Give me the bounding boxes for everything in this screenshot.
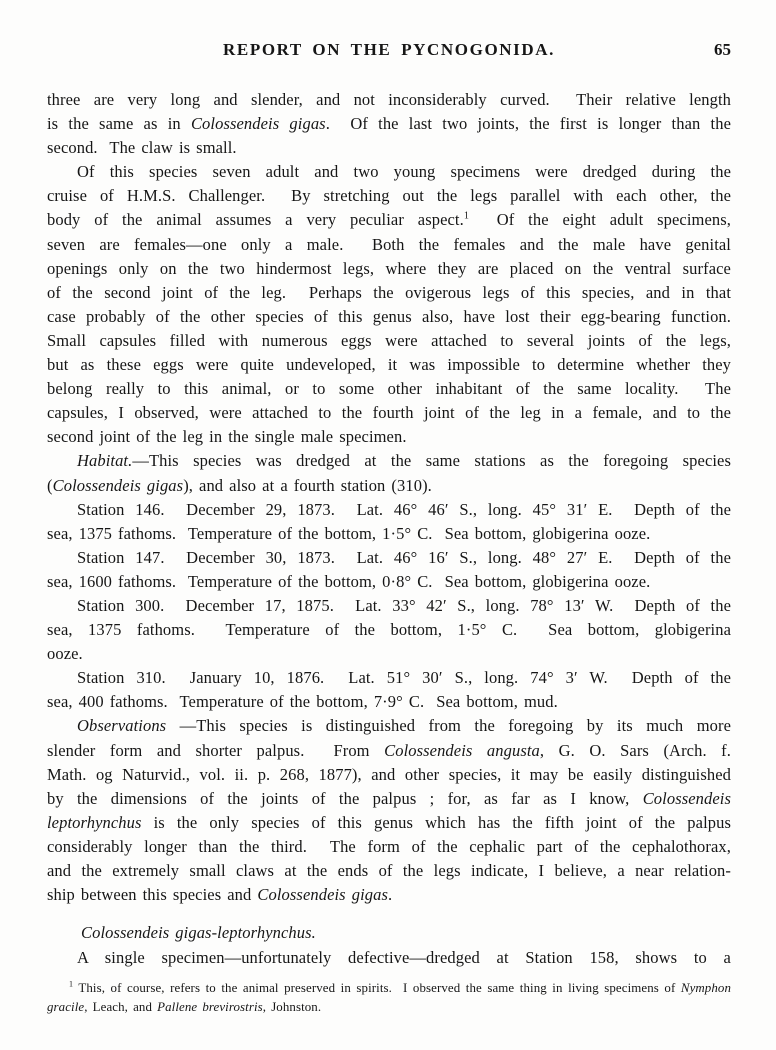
paragraph-station-147: Station 147. December 30, 1873. Lat. 46°… bbox=[47, 546, 731, 594]
paragraph-habitat: Habitat.—This species was dredged at the… bbox=[47, 449, 731, 497]
text-run: of the second joint of the leg. Perhaps … bbox=[47, 283, 731, 302]
paragraph-station-146: Station 146. December 29, 1873. Lat. 46°… bbox=[47, 498, 731, 546]
text-line: ooze. bbox=[47, 642, 731, 666]
text-run: second joint of the leg in the single ma… bbox=[47, 427, 407, 446]
text-line: Station 146. December 29, 1873. Lat. 46°… bbox=[47, 498, 731, 522]
italic-run: Colossendeis gigas-leptorhynchus. bbox=[81, 923, 316, 942]
running-head-title: REPORT ON THE PYCNOGONIDA. bbox=[47, 40, 731, 60]
italic-run: Colossendeis bbox=[643, 789, 731, 808]
text-run: by the dimensions of the joints of the p… bbox=[47, 789, 643, 808]
text-line: Colossendeis gigas-leptorhynchus. bbox=[81, 921, 731, 945]
text-line: but as these eggs were quite undeveloped… bbox=[47, 353, 731, 377]
text-run: —This species is distinguished from the … bbox=[180, 716, 731, 735]
text-line: second joint of the leg in the single ma… bbox=[47, 425, 731, 449]
paragraph-continuation: three are very long and slender, and not… bbox=[47, 88, 731, 160]
text-run: openings only on the two hindermost legs… bbox=[47, 259, 731, 278]
text-line: and the extremely small claws at the end… bbox=[47, 859, 731, 883]
text-run: Station 147. December 30, 1873. Lat. 46°… bbox=[77, 548, 731, 567]
text-line: A single specimen—unfortunately defectiv… bbox=[47, 946, 731, 970]
paragraph-single-specimen: A single specimen—unfortunately defectiv… bbox=[47, 946, 731, 970]
text-line: is the same as in Colossendeis gigas. Of… bbox=[47, 112, 731, 136]
text-line: (Colossendeis gigas), and also at a four… bbox=[47, 474, 731, 498]
text-line: Of this species seven adult and two youn… bbox=[47, 160, 731, 184]
italic-run: Colossendeis angusta bbox=[384, 741, 540, 760]
text-run: second. The claw is small. bbox=[47, 138, 237, 157]
text-line: case probably of the other species of th… bbox=[47, 305, 731, 329]
page-number: 65 bbox=[714, 40, 731, 60]
text-line: leptorhynchus is the only species of thi… bbox=[47, 811, 731, 835]
text-run: sea, 400 fathoms. Temperature of the bot… bbox=[47, 692, 558, 711]
text-run: Station 310. January 10, 1876. Lat. 51° … bbox=[77, 668, 731, 687]
paragraph-observations: Observations —This species is distinguis… bbox=[47, 714, 731, 907]
text-run: and the extremely small claws at the end… bbox=[47, 861, 731, 880]
text-run: sea, 1375 fathoms. Temperature of the bo… bbox=[47, 620, 731, 639]
text-run: , Leach, and bbox=[84, 1000, 157, 1014]
text-run: case probably of the other species of th… bbox=[47, 307, 731, 326]
text-line: by the dimensions of the joints of the p… bbox=[47, 787, 731, 811]
text-line: sea, 1600 fathoms. Temperature of the bo… bbox=[47, 570, 731, 594]
text-run: sea, 1600 fathoms. Temperature of the bo… bbox=[47, 572, 650, 591]
text-run: Small capsules filled with numerous eggs… bbox=[47, 331, 731, 350]
paragraph-station-300: Station 300. December 17, 1875. Lat. 33°… bbox=[47, 594, 731, 666]
italic-run: Colossendeis gigas bbox=[257, 885, 388, 904]
text-line: sea, 400 fathoms. Temperature of the bot… bbox=[47, 690, 731, 714]
footnote: 1 This, of course, refers to the animal … bbox=[47, 979, 731, 1017]
text-line: openings only on the two hindermost legs… bbox=[47, 257, 731, 281]
text-line: capsules, I observed, were attached to t… bbox=[47, 401, 731, 425]
text-run: considerably longer than the third. The … bbox=[47, 837, 731, 856]
text-run: A single specimen—unfortunately defectiv… bbox=[77, 948, 731, 967]
italic-run: Pallene brevirostris bbox=[157, 1000, 263, 1014]
text-run: —This species was dredged at the same st… bbox=[132, 451, 731, 470]
text-line: seven are females—one only a male. Both … bbox=[47, 233, 731, 257]
text-line: ship between this species and Colossende… bbox=[47, 883, 731, 907]
text-line: sea, 1375 fathoms. Temperature of the bo… bbox=[47, 618, 731, 642]
text-run: Station 146. December 29, 1873. Lat. 46°… bbox=[77, 500, 731, 519]
text-line: gracile, Leach, and Pallene brevirostris… bbox=[47, 998, 731, 1017]
text-run: is the same as in bbox=[47, 114, 191, 133]
text-run: seven are females—one only a male. Both … bbox=[47, 235, 731, 254]
text-run: . Of the last two joints, the first is l… bbox=[326, 114, 731, 133]
paragraph-station-310: Station 310. January 10, 1876. Lat. 51° … bbox=[47, 666, 731, 714]
text-run: Of the eight adult specimens, bbox=[469, 210, 731, 229]
text-line: Habitat.—This species was dredged at the… bbox=[47, 449, 731, 473]
text-run: body of the animal assumes a very peculi… bbox=[47, 210, 464, 229]
text-line: three are very long and slender, and not… bbox=[47, 88, 731, 112]
text-line: second. The claw is small. bbox=[47, 136, 731, 160]
text-run: Math. og Naturvid., vol. ii. p. 268, 187… bbox=[47, 765, 731, 784]
text-run: ), and also at a fourth station (310). bbox=[183, 476, 432, 495]
text-run: , Johnston. bbox=[263, 1000, 321, 1014]
text-line: considerably longer than the third. The … bbox=[47, 835, 731, 859]
text-line: Math. og Naturvid., vol. ii. p. 268, 187… bbox=[47, 763, 731, 787]
text-run: . bbox=[388, 885, 392, 904]
text-run: Station 300. December 17, 1875. Lat. 33°… bbox=[77, 596, 731, 615]
text-run: This, of course, refers to the animal pr… bbox=[73, 981, 681, 995]
text-line: Small capsules filled with numerous eggs… bbox=[47, 329, 731, 353]
text-line: belong really to this animal, or to some… bbox=[47, 377, 731, 401]
text-run: sea, 1375 fathoms. Temperature of the bo… bbox=[47, 524, 650, 543]
text-run: Of this species seven adult and two youn… bbox=[77, 162, 731, 181]
text-line: body of the animal assumes a very peculi… bbox=[47, 208, 731, 232]
text-line: slender form and shorter palpus. From Co… bbox=[47, 739, 731, 763]
text-line: Observations —This species is distinguis… bbox=[47, 714, 731, 738]
text-line: Station 310. January 10, 1876. Lat. 51° … bbox=[47, 666, 731, 690]
text-line: 1 This, of course, refers to the animal … bbox=[47, 979, 731, 998]
italic-run: Observations bbox=[77, 716, 180, 735]
italic-run: leptorhynchus bbox=[47, 813, 141, 832]
text-run: is the only species of this genus which … bbox=[141, 813, 731, 832]
text-line: Station 147. December 30, 1873. Lat. 46°… bbox=[47, 546, 731, 570]
italic-run: Habitat. bbox=[77, 451, 132, 470]
text-run: three are very long and slender, and not… bbox=[47, 90, 731, 109]
italic-run: Colossendeis gigas bbox=[191, 114, 326, 133]
text-line: sea, 1375 fathoms. Temperature of the bo… bbox=[47, 522, 731, 546]
text-run: slender form and shorter palpus. From bbox=[47, 741, 384, 760]
text-line: cruise of H.M.S. Challenger. By stretchi… bbox=[47, 184, 731, 208]
species-heading: Colossendeis gigas-leptorhynchus. bbox=[81, 921, 731, 945]
text-run: ship between this species and bbox=[47, 885, 257, 904]
paragraph-specimens: Of this species seven adult and two youn… bbox=[47, 160, 731, 449]
italic-run: gracile bbox=[47, 1000, 84, 1014]
text-run: ooze. bbox=[47, 644, 83, 663]
text-line: of the second joint of the leg. Perhaps … bbox=[47, 281, 731, 305]
page-body: three are very long and slender, and not… bbox=[47, 88, 731, 1017]
text-line: Station 300. December 17, 1875. Lat. 33°… bbox=[47, 594, 731, 618]
running-header: REPORT ON THE PYCNOGONIDA. 65 bbox=[47, 40, 731, 62]
italic-run: Nymphon bbox=[681, 981, 731, 995]
italic-run: Colossendeis gigas bbox=[53, 476, 184, 495]
text-run: cruise of H.M.S. Challenger. By stretchi… bbox=[47, 186, 731, 205]
text-run: capsules, I observed, were attached to t… bbox=[47, 403, 731, 422]
scanned-page: REPORT ON THE PYCNOGONIDA. 65 three are … bbox=[0, 0, 776, 1050]
text-run: , G. O. Sars (Arch. f. bbox=[540, 741, 731, 760]
text-run: but as these eggs were quite undeveloped… bbox=[47, 355, 731, 374]
text-run: belong really to this animal, or to some… bbox=[47, 379, 731, 398]
